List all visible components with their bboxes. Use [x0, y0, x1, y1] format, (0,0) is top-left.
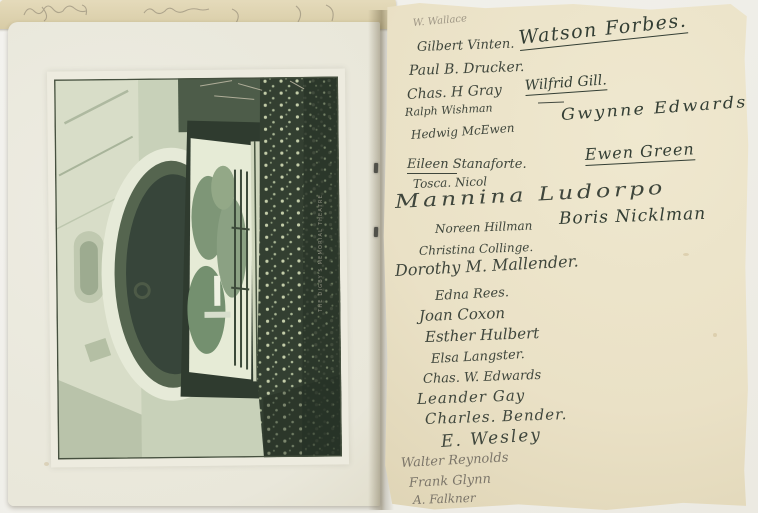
signature: Elsa Langster. — [431, 348, 525, 366]
binding-staple — [374, 227, 378, 237]
signature: Edna Rees. — [435, 286, 510, 303]
signature: E. Wesley — [440, 427, 542, 451]
signatures-layer: W. WallaceGilbert Vinten.Watson Forbes.P… — [383, 3, 749, 511]
fox-spot — [713, 333, 717, 337]
signature: Ewen Green — [585, 141, 696, 166]
signature: Watson Forbes. — [518, 11, 689, 51]
theatre-photo-plate — [47, 68, 349, 467]
signature: Chas. H Gray — [407, 83, 503, 102]
signature: Paul B. Drucker. — [409, 60, 525, 78]
fox-spot — [683, 253, 689, 256]
signature: Gilbert Vinten. — [417, 38, 515, 54]
signature: Charles. Bender. — [425, 407, 568, 427]
signature: Frank Glynn — [409, 473, 492, 490]
signature: Noreen Hillman — [435, 220, 533, 235]
signature: Joan Coxon — [419, 306, 506, 324]
signature: Chas. W. Edwards — [423, 369, 542, 386]
signature: W. Wallace — [413, 14, 468, 29]
left-page: THE DIGBY'S MEMORIAL THEATRE — [8, 22, 380, 506]
signature: Walter Reynolds — [401, 451, 509, 470]
binding-staple — [374, 163, 378, 173]
signature: Ralph Wishman — [405, 102, 493, 118]
autograph-page: W. WallaceGilbert Vinten.Watson Forbes.P… — [383, 3, 749, 511]
signature: Eileen Stanaforte. — [407, 157, 527, 172]
signature: Hedwig McEwen — [411, 122, 515, 141]
signature: Leander Gay — [417, 388, 526, 407]
scanned-programme-spread: THE DIGBY'S MEMORIAL THEATRE W. WallaceG… — [0, 0, 758, 513]
theatre-interior-photo — [54, 77, 342, 460]
signature: Boris Nicklman — [559, 206, 707, 228]
fox-spot — [44, 462, 49, 466]
signature: Wilfrid Gill. — [524, 73, 607, 96]
photo-caption: THE DIGBY'S MEMORIAL THEATRE — [318, 178, 324, 328]
signature: Esther Hulbert — [425, 326, 540, 345]
signature: A. Falkner — [413, 492, 476, 506]
signature: Gwynne Edwards — [560, 94, 748, 123]
